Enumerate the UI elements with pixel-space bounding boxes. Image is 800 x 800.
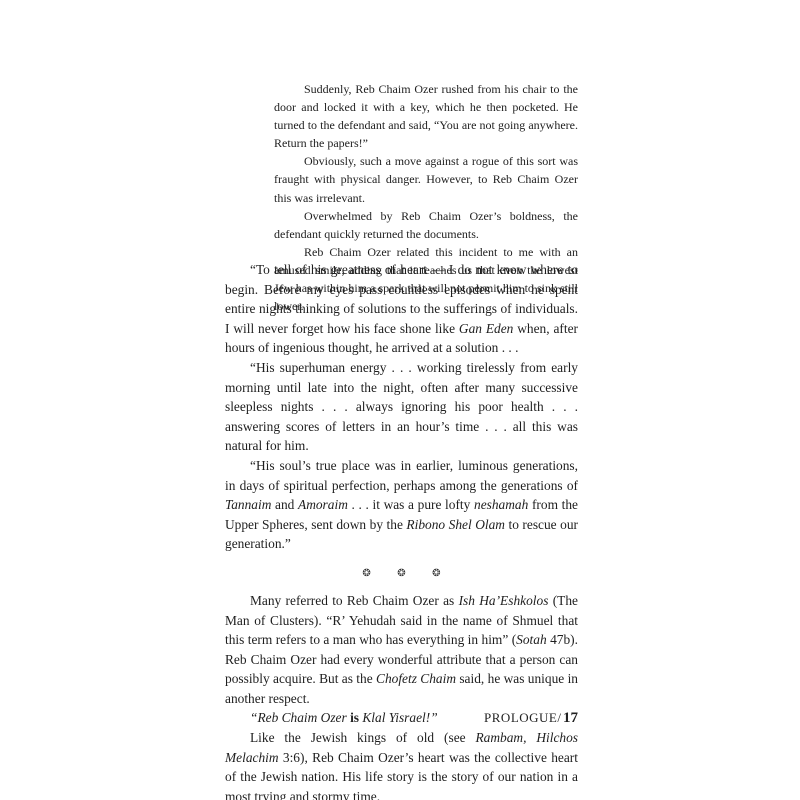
book-page: Suddenly, Reb Chaim Ozer rushed from his… bbox=[0, 0, 800, 800]
section-2: Many referred to Reb Chaim Ozer as Ish H… bbox=[225, 591, 578, 800]
paragraph: “To tell of his greatness of heart — I d… bbox=[225, 260, 578, 358]
text-run: “His superhuman energy . . . working tir… bbox=[225, 360, 578, 453]
italic-term: neshamah bbox=[474, 497, 528, 512]
italic-term: Sotah bbox=[516, 632, 547, 647]
text-run: Obviously, such a move against a rogue o… bbox=[274, 154, 578, 204]
section-1: “To tell of his greatness of heart — I d… bbox=[225, 260, 578, 554]
text-run: Many referred to Reb Chaim Ozer as bbox=[250, 593, 459, 608]
page-number: 17 bbox=[563, 710, 578, 726]
paragraph: Obviously, such a move against a rogue o… bbox=[274, 152, 578, 206]
italic-term: Gan Eden bbox=[459, 321, 513, 336]
italic-term: Chofetz Chaim bbox=[376, 671, 456, 686]
italic-term: Ribono Shel Olam bbox=[406, 517, 505, 532]
text-run: 3:6), Reb Chaim Ozer’s heart was the col… bbox=[225, 750, 578, 800]
paragraph: Suddenly, Reb Chaim Ozer rushed from his… bbox=[274, 80, 578, 152]
paragraph: “His superhuman energy . . . working tir… bbox=[225, 358, 578, 456]
text-run: . . . it was a pure lofty bbox=[348, 497, 474, 512]
text-run: and bbox=[271, 497, 298, 512]
paragraph: Overwhelmed by Reb Chaim Ozer’s boldness… bbox=[274, 207, 578, 243]
text-run: Suddenly, Reb Chaim Ozer rushed from his… bbox=[274, 82, 578, 150]
paragraph: Many referred to Reb Chaim Ozer as Ish H… bbox=[225, 591, 578, 709]
bold-text: is bbox=[347, 710, 363, 725]
text-run: Overwhelmed by Reb Chaim Ozer’s boldness… bbox=[274, 209, 578, 241]
paragraph: Like the Jewish kings of old (see Rambam… bbox=[225, 728, 578, 800]
text-run: Like the Jewish kings of old (see bbox=[250, 730, 475, 745]
italic-term: Ish Ha’Eshkolos bbox=[459, 593, 549, 608]
italic-term: Klal Yisrael!” bbox=[362, 710, 437, 725]
italic-term: “Reb Chaim Ozer bbox=[250, 710, 347, 725]
italic-term: Tannaim bbox=[225, 497, 271, 512]
page-footer: PROLOGUE/17 bbox=[466, 710, 578, 727]
running-section-label: PROLOGUE bbox=[484, 710, 557, 725]
folio-separator: / bbox=[557, 710, 561, 725]
paragraph: “His soul’s true place was in earlier, l… bbox=[225, 456, 578, 554]
ornament-divider: ❂ ❂ ❂ bbox=[225, 567, 578, 581]
italic-term: Amoraim bbox=[298, 497, 348, 512]
text-run: “His soul’s true place was in earlier, l… bbox=[225, 458, 578, 493]
